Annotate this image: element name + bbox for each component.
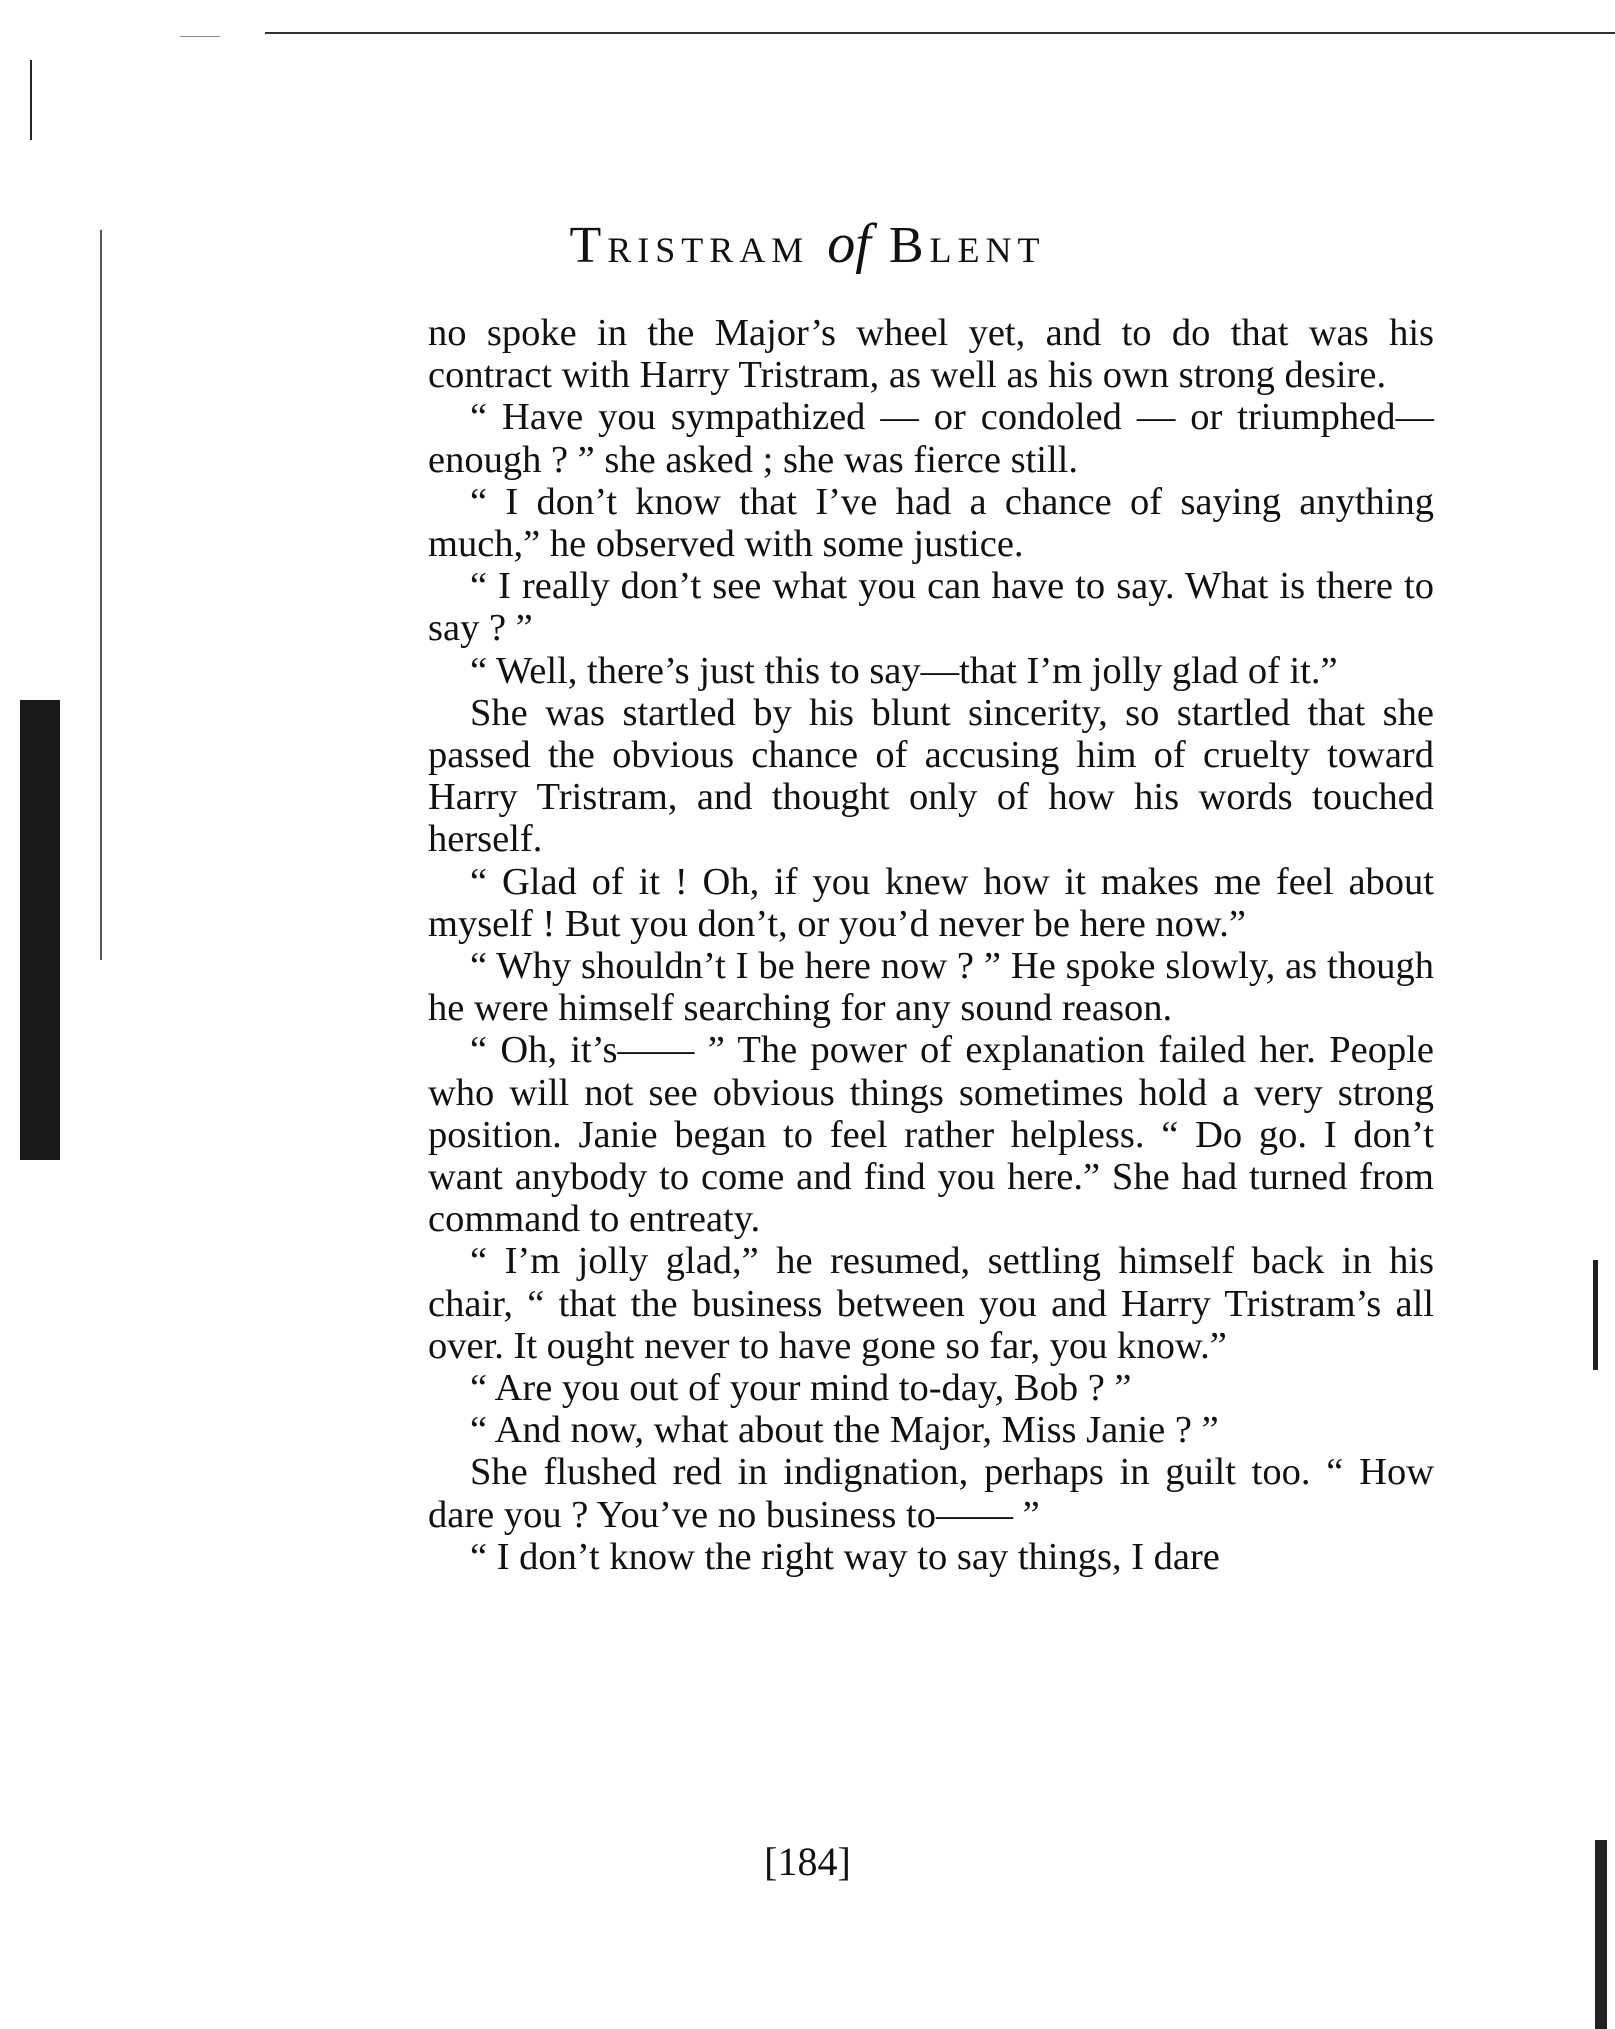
running-head: TristramofBlent [0, 212, 1615, 276]
body-text: no spoke in the Major’s wheel yet, and t… [428, 312, 1434, 1578]
paragraph: “ Oh, it’s—— ” The power of explanation … [428, 1029, 1434, 1240]
paragraph: “ And now, what about the Major, Miss Ja… [428, 1409, 1434, 1451]
running-head-connector: of [827, 213, 871, 275]
page-top-edge-mark [180, 36, 220, 37]
scan-binding-mark [100, 230, 102, 960]
scan-edge-mark [1593, 1260, 1598, 1370]
running-head-title-end: Blent [889, 217, 1046, 274]
paragraph: “ Glad of it ! Oh, if you knew how it ma… [428, 861, 1434, 945]
paragraph: “ Are you out of your mind to-day, Bob ?… [428, 1367, 1434, 1409]
paragraph: “ I’m jolly glad,” he resumed, settling … [428, 1240, 1434, 1367]
scan-binding-mark [20, 700, 60, 1160]
scan-binding-mark [30, 60, 32, 140]
running-head-title: Tristram [569, 217, 809, 274]
paragraph: “ Have you sympathized — or condoled — o… [428, 396, 1434, 480]
paragraph: no spoke in the Major’s wheel yet, and t… [428, 312, 1434, 396]
paragraph: “ Why shouldn’t I be here now ? ” He spo… [428, 945, 1434, 1029]
paragraph: “ I really don’t see what you can have t… [428, 565, 1434, 649]
paragraph: “ Well, there’s just this to say—that I’… [428, 650, 1434, 692]
book-page: TristramofBlent no spoke in the Major’s … [0, 0, 1615, 2029]
paragraph: She was startled by his blunt sincerity,… [428, 692, 1434, 861]
paragraph: “ I don’t know the right way to say thin… [428, 1536, 1434, 1578]
page-number: [184] [0, 1838, 1615, 1885]
paragraph: “ I don’t know that I’ve had a chance of… [428, 481, 1434, 565]
paragraph: She flushed red in indignation, perhaps … [428, 1451, 1434, 1535]
page-top-edge [265, 32, 1615, 34]
